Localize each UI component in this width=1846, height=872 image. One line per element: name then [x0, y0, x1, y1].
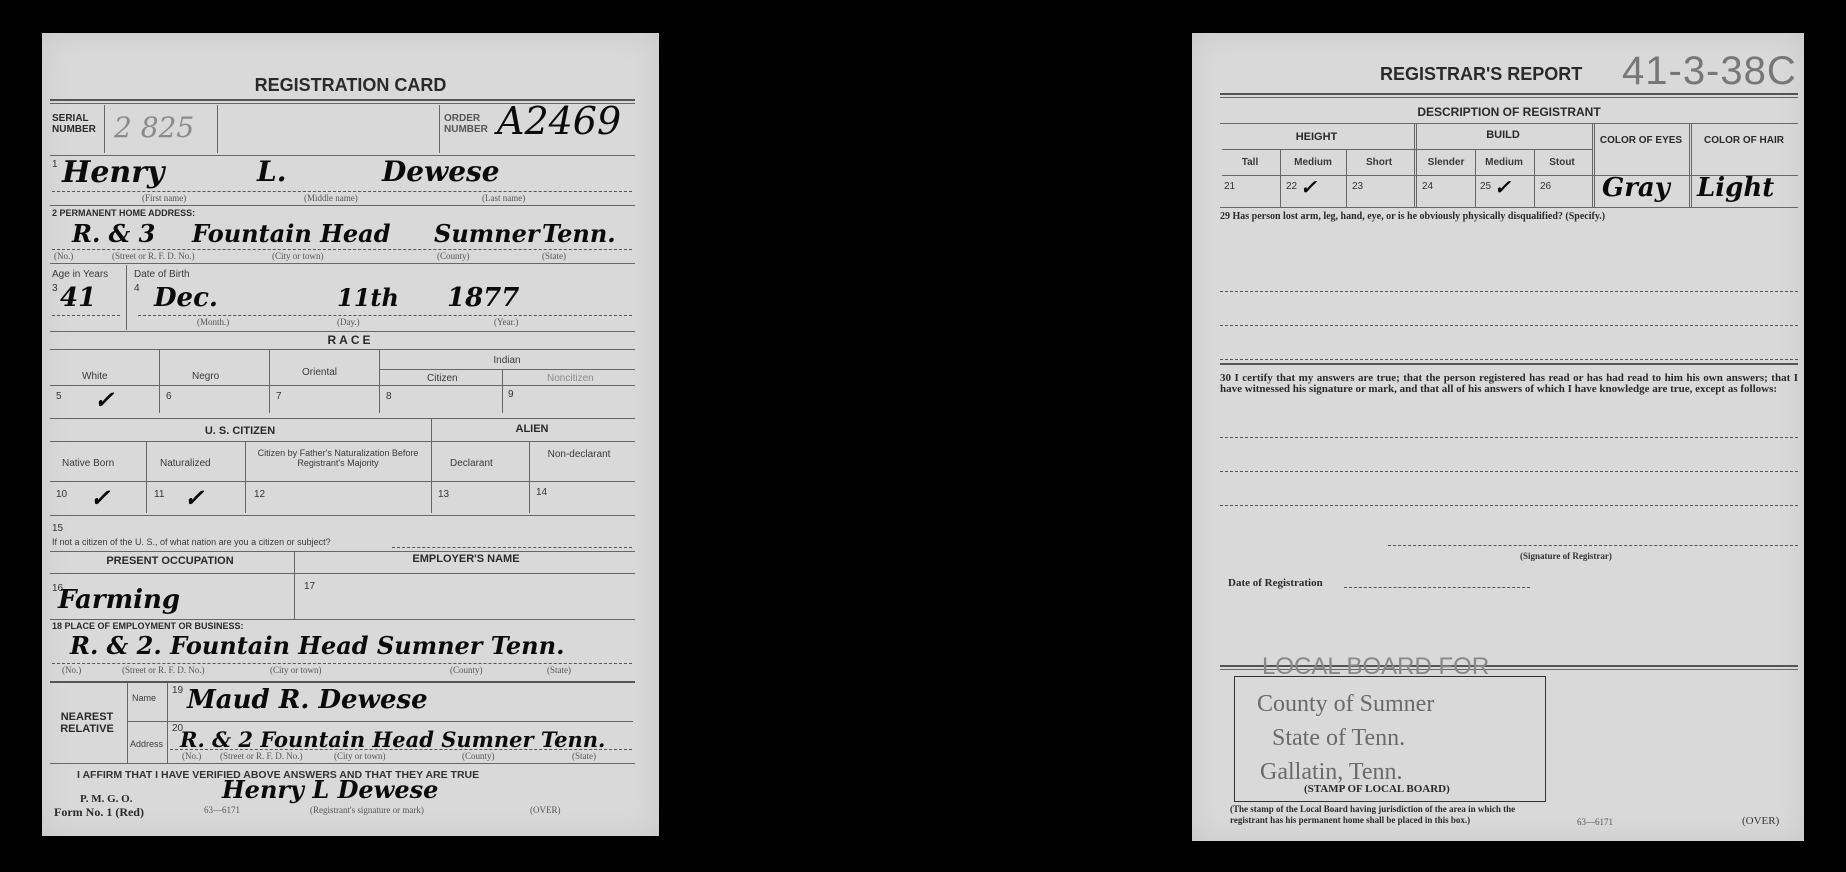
nearest-relative-label: NEAREST RELATIVE [50, 711, 124, 735]
stamp-line-3: State of Tenn. [1272, 725, 1405, 752]
q29-question: 29 Has person lost arm, leg, hand, eye, … [1220, 211, 1798, 222]
hair-color: Light [1697, 173, 1774, 203]
stamp-note: (The stamp of the Local Board having jur… [1230, 804, 1550, 826]
stamp-line-4: Gallatin, Tenn. [1260, 759, 1403, 786]
race-heading: RACE [42, 333, 659, 347]
last-name: Dewese [382, 155, 500, 188]
form-number: Form No. 1 (Red) [54, 805, 144, 820]
home-address-city: Fountain Head [192, 219, 390, 248]
place-employment-value: R. & 2. Fountain Head Sumner Tenn. [70, 631, 564, 660]
relative-name: Maud R. Dewese [187, 685, 428, 715]
stamp-box-label: (STAMP OF LOCAL BOARD) [1304, 783, 1450, 795]
dob-year: 1877 [447, 283, 519, 313]
age-value: 41 [60, 283, 96, 313]
employer-heading: EMPLOYER'S NAME [297, 553, 635, 565]
stamp-line-1: LOCAL BOARD FOR [1262, 653, 1489, 681]
card-title: REGISTRATION CARD [42, 75, 659, 96]
stamp-line-2: County of Sumner [1257, 691, 1434, 718]
naturalized-check: ✓ [184, 483, 204, 512]
report-title: REGISTRAR'S REPORT [1380, 64, 1582, 85]
us-citizen-heading: U. S. CITIZEN [50, 425, 430, 437]
home-address-county: Sumner [434, 219, 540, 248]
place-employment-label: 18 PLACE OF EMPLOYMENT OR BUSINESS: [52, 621, 244, 631]
first-name: Henry [62, 155, 164, 190]
native-born-check: ✓ [90, 483, 110, 512]
registrar-signature-label: (Signature of Registrar) [1520, 551, 1612, 561]
home-address-label: 2 PERMANENT HOME ADDRESS: [52, 208, 195, 218]
registrars-report-card: REGISTRAR'S REPORT 41-3-38C DESCRIPTION … [1192, 33, 1804, 841]
order-number-label: ORDER NUMBER [444, 113, 494, 135]
registration-card: REGISTRATION CARD SERIAL NUMBER 2 825 OR… [42, 33, 659, 836]
order-number-value: A2469 [497, 99, 621, 143]
home-address-no: R. & 3 [72, 219, 155, 248]
q15-question: If not a citizen of the U. S., of what n… [52, 537, 331, 547]
occupation-value: Farming [58, 585, 180, 615]
dob-month: Dec. [154, 283, 218, 313]
q30-certification: 30 I certify that my answers are true; t… [1220, 373, 1798, 395]
build-medium-check: ✓ [1494, 175, 1511, 199]
date-registration-label: Date of Registration [1228, 577, 1323, 589]
dob-day: 11th [337, 283, 399, 312]
eye-color: Gray [1602, 173, 1670, 203]
race-white-check: ✓ [94, 385, 114, 414]
serial-number-value: 2 825 [114, 111, 194, 144]
alien-heading: ALIEN [432, 423, 632, 435]
home-address-state: Tenn. [542, 219, 616, 248]
serial-number-label: SERIAL NUMBER [52, 113, 102, 135]
description-heading: DESCRIPTION OF REGISTRANT [1220, 105, 1798, 119]
height-medium-check: ✓ [1300, 175, 1317, 199]
stamped-number: 41-3-38C [1622, 49, 1797, 94]
registrant-signature: Henry L Dewese [222, 775, 438, 804]
middle-name: L. [257, 155, 286, 188]
occupation-heading: PRESENT OCCUPATION [50, 555, 290, 567]
